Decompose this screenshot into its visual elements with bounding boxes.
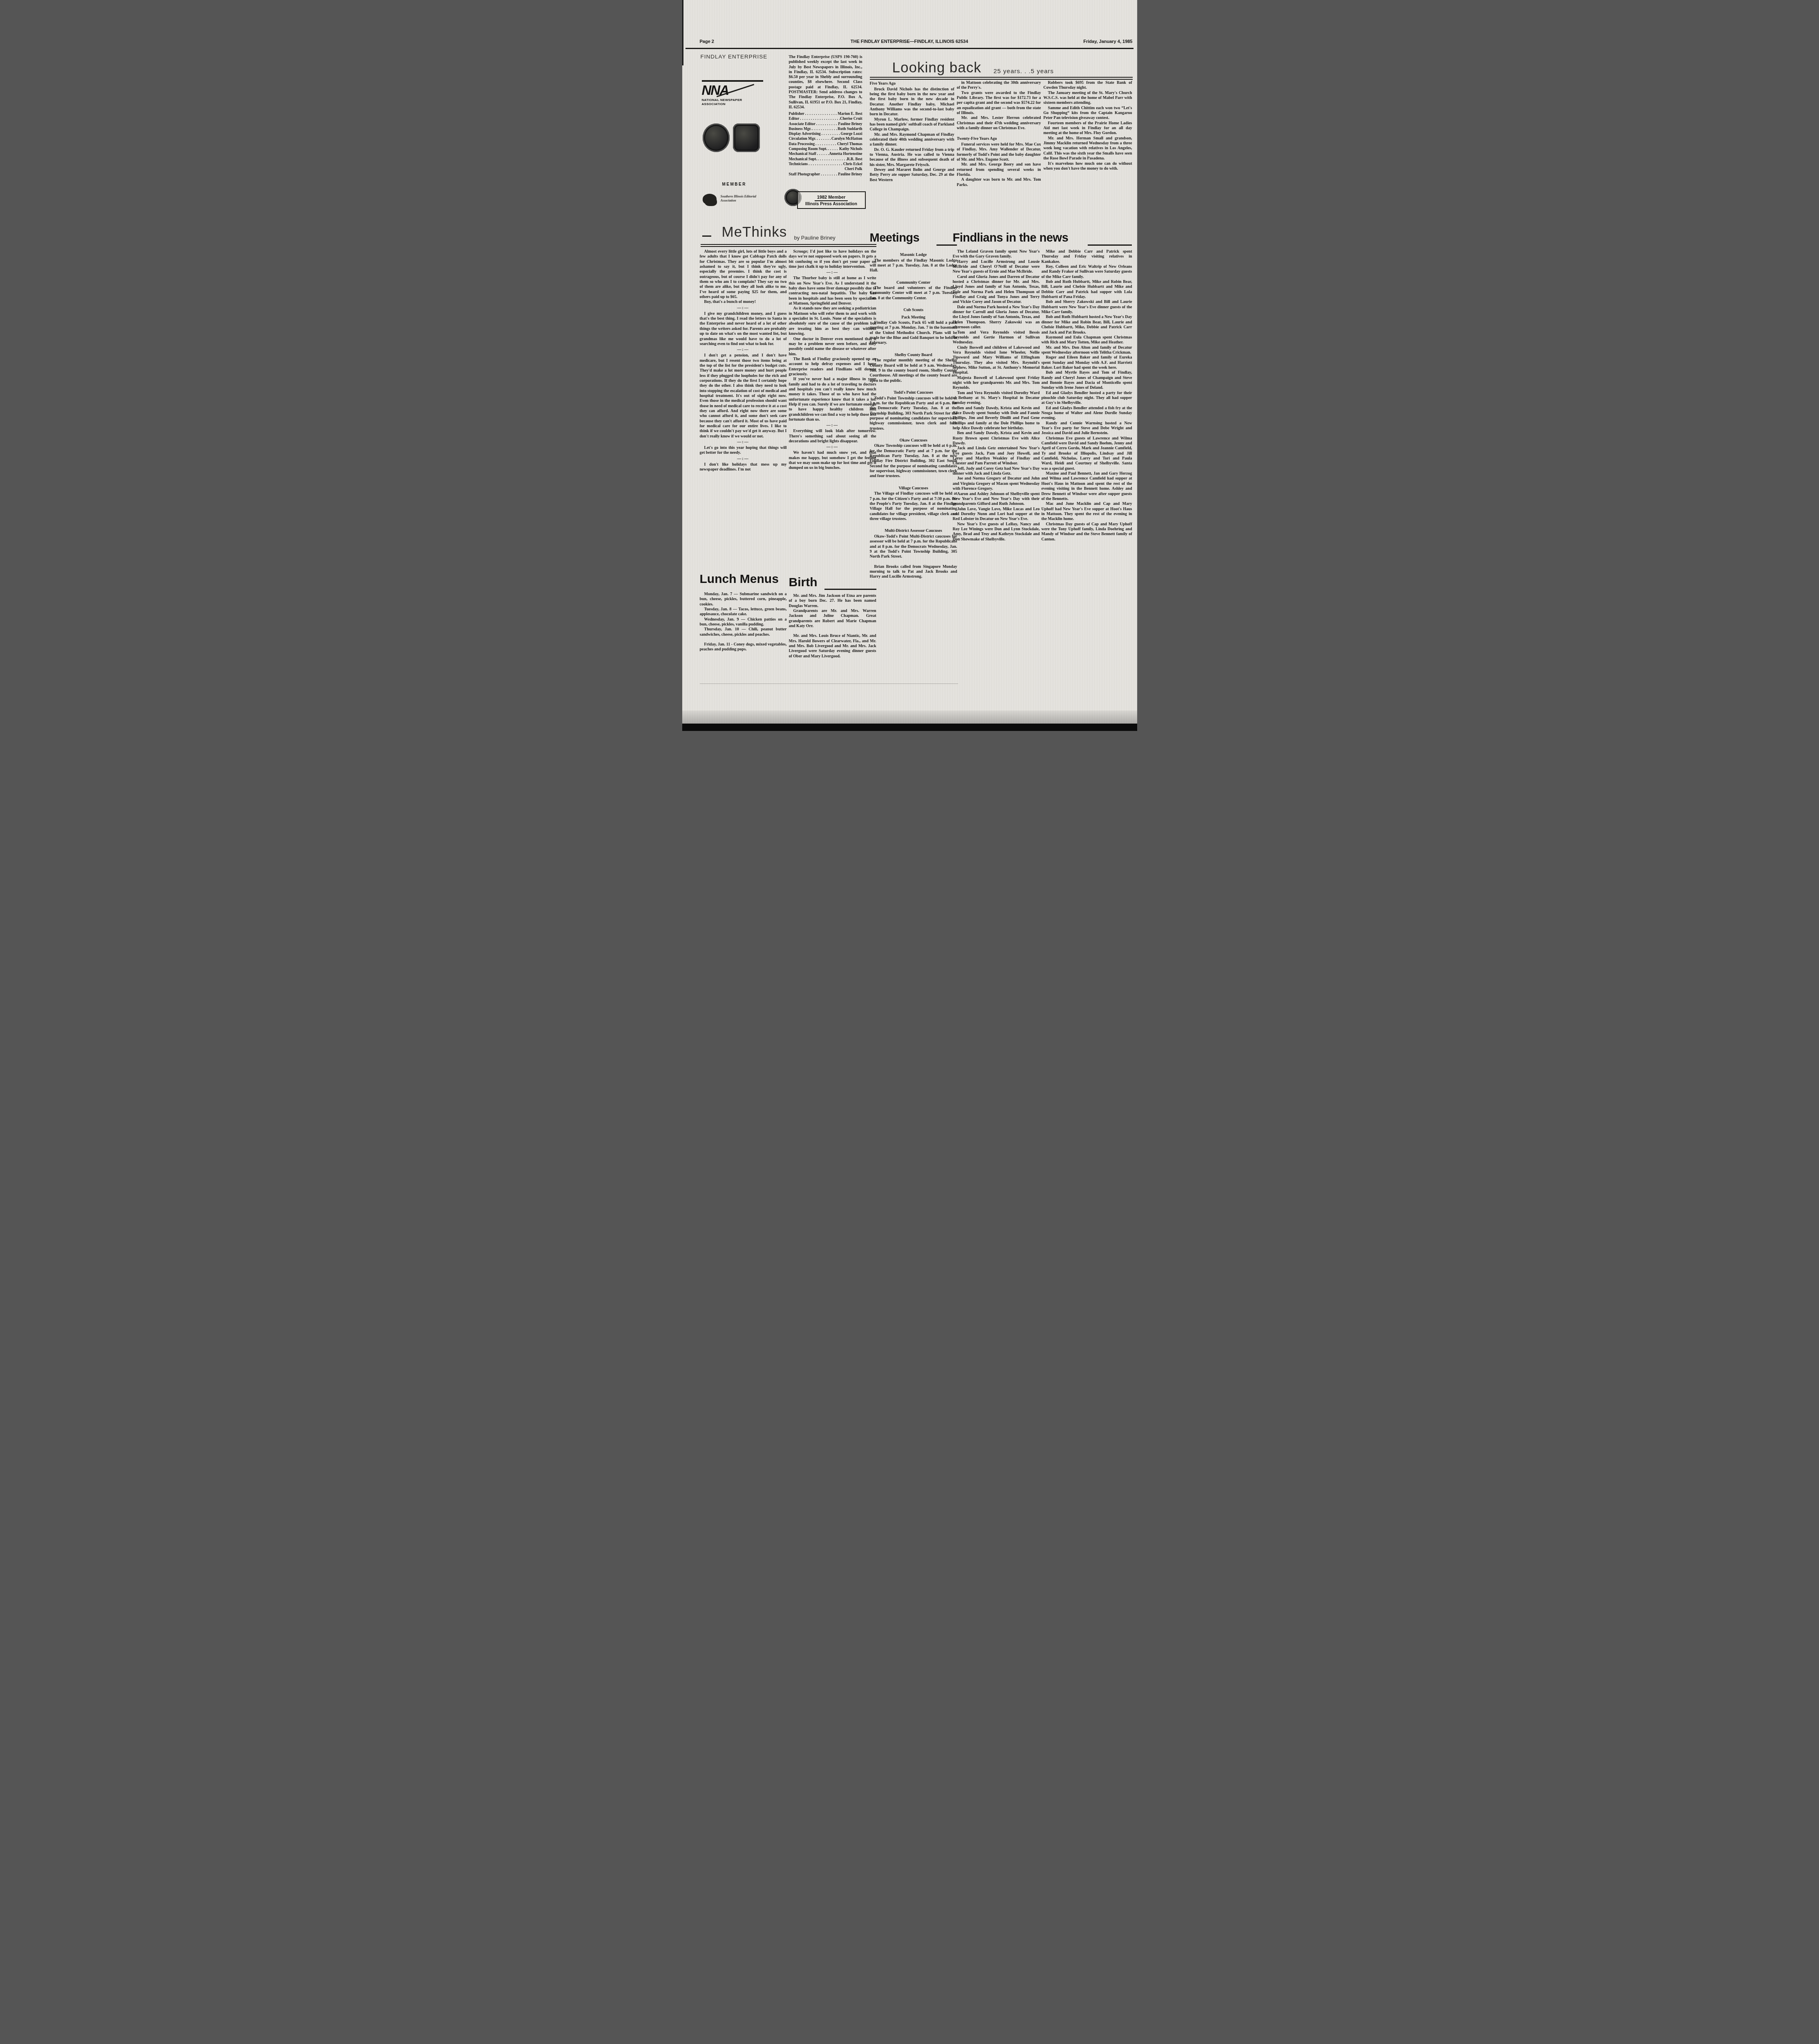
staff-name: Pauline Briney	[838, 122, 862, 127]
article-paragraph: Mr. and Mrs. Louis Bruce of Niantic, Mr.…	[789, 634, 876, 659]
article-paragraph: Ben and Sandy Dawdy, Krista and Kevin an…	[953, 431, 1040, 446]
article-paragraph: Joe and Norma Gregory of Decatur and Joh…	[953, 476, 1040, 491]
article-paragraph: Maxine and Paul Bennett, Jan and Gary He…	[1042, 471, 1132, 502]
nna-logo-bar	[702, 80, 763, 82]
staff-row: Editor..................................…	[789, 117, 862, 121]
article-paragraph: Mr. and Mrs. Herman Small and grandson, …	[1044, 136, 1132, 161]
staff-role: Data Processing	[789, 142, 815, 147]
article-paragraph: Okaw-Todd's Point Multi-District caucuse…	[870, 534, 957, 560]
article-paragraph: Todd's Point Township caucuses will be h…	[870, 396, 957, 431]
article-paragraph: Okaw Township caucuses will be held at 6…	[870, 444, 957, 479]
staff-role: Business Mgr.	[789, 127, 811, 132]
article-paragraph: Mr. and Mrs. Don Alton and family of Dec…	[1042, 345, 1132, 356]
paragraph-gap	[870, 431, 957, 436]
article-paragraph: Roy, Colleen and Eric Waltrip of New Orl…	[1042, 264, 1132, 280]
article-paragraph: Everything will look blah after tomorrow…	[789, 429, 876, 444]
staff-name: Kathy Nichols	[839, 147, 862, 152]
section-divider: —:—	[700, 306, 787, 311]
section-divider: —:—	[789, 423, 876, 428]
page-number: Page 2	[700, 39, 714, 44]
article-paragraph: We haven't had much snow yet, and that m…	[789, 450, 876, 471]
article-paragraph: Scrooge; I'd just like to have holidays …	[789, 249, 876, 269]
paragraph-gap	[870, 301, 957, 306]
article-paragraph: As it stands now they are seeking a pedi…	[789, 306, 876, 336]
dot-leader: ........................................	[827, 147, 839, 152]
staff-row: Circulation Mgr.........................…	[789, 137, 862, 141]
article-paragraph: Ed and Gladys Bendler hosted a party for…	[1042, 391, 1132, 406]
staff-role: Associate Editor	[789, 122, 815, 127]
article-paragraph: Christmas Day guests of Cap and Mary Uph…	[1042, 522, 1132, 542]
column-subhead: Shelby County Board	[870, 353, 957, 358]
article-paragraph: Boy, that's a bunch of money!	[700, 300, 787, 305]
staff-row: Associate Editor........................…	[789, 122, 862, 127]
article-paragraph: Bob and Myrtle Bayes and Tom of Findlay,…	[1042, 370, 1132, 390]
birth-title: Birth	[789, 576, 818, 589]
press-association-box: 1982 Member Illinois Press Association	[797, 191, 866, 209]
article-paragraph: Harry and Lucille Armstrong and Lousie M…	[953, 260, 1040, 275]
press-association-name: Illinois Press Association	[800, 202, 863, 206]
article-paragraph: Tom and Vera Reynolds visited Bessis Rey…	[953, 330, 1040, 345]
column-subhead: Cub Scouts	[870, 308, 957, 313]
nna-caption: NATIONAL NEWSPAPER ASSOCIATION	[702, 98, 750, 106]
article-paragraph: Almost every little girl, lots of little…	[700, 249, 787, 300]
lunch-menus-title: Lunch Menus	[700, 572, 779, 586]
page-title: THE FINDLAY ENTERPRISE—FINDLAY, ILLINOIS…	[797, 39, 1022, 44]
paragraph-gap	[870, 383, 957, 388]
staff-row: Composing Room Supt.....................…	[789, 147, 862, 152]
editorial-association-eagle-icon	[703, 194, 717, 204]
staff-role: Publisher	[789, 112, 804, 117]
article-paragraph: The Village of Findlay caucuses will be …	[870, 491, 957, 522]
staff-name: R.R. Best	[847, 157, 862, 162]
article-paragraph: Ed and Gladys Bendler attended a fish fr…	[1042, 406, 1132, 421]
article-paragraph: Mr. and Mrs. Lester Herron celebrated Ch…	[957, 116, 1041, 131]
dot-leader: ........................................	[816, 152, 829, 157]
staff-row: Cheri Polk	[789, 167, 862, 172]
article-paragraph: Dr. O. G. Kauder returned Friday from a …	[870, 148, 954, 168]
article-paragraph: The January meeting of the St. Mary's Ch…	[1044, 91, 1132, 106]
article-paragraph: Brock David Nichols has the distinction …	[870, 87, 954, 117]
staff-role: Staff Photographer	[789, 172, 820, 177]
staff-role: Composing Room Supt.	[789, 147, 827, 152]
article-paragraph: Brian Brooks called from Singapore Monda…	[870, 565, 957, 580]
meetings-column: Masonic LodgeThe members of the Findlay …	[870, 251, 957, 678]
article-paragraph: I don't like holidays that mess up my ne…	[700, 462, 787, 473]
staff-role: Mechanical Supt.	[789, 157, 817, 162]
methinks-rule	[701, 244, 876, 247]
article-paragraph: Carol and Gloria Jones and Darren of Dec…	[953, 275, 1040, 305]
staff-name: Chris Eckel	[843, 162, 862, 167]
dot-leader: ........................................	[816, 137, 831, 141]
section-divider: —:—	[789, 445, 876, 450]
birth-column: Mr. and Mrs. Jim Jackson of Etna are par…	[789, 594, 876, 684]
staff-row: Technicians.............................…	[789, 162, 862, 167]
staff-row: Publisher...............................…	[789, 112, 862, 117]
article-paragraph: Cindy Boswell and children of Lakewood a…	[953, 345, 1040, 376]
article-paragraph: Bob and Ruth Hubbartt, Mike and Robin Be…	[1042, 280, 1132, 300]
article-paragraph: Jeff, Judy and Corey Getz had New Year's…	[953, 466, 1040, 477]
meetings-title: Meetings	[870, 231, 920, 245]
article-paragraph: I give my grandchildren money, and I gue…	[700, 312, 787, 347]
article-paragraph: Funeral services were held for Mrs. Mae …	[957, 142, 1041, 162]
paragraph-gap	[870, 346, 957, 351]
section-divider: —:—	[700, 440, 787, 445]
findlians-title-rule	[1088, 244, 1132, 246]
header-rule	[685, 48, 1134, 49]
findlians-column-1: The Leland Graven family spent New Year'…	[953, 249, 1040, 720]
article-paragraph: Raymond and Eula Chapman spent Christmas…	[1042, 335, 1132, 345]
staff-row: Business Mgr............................…	[789, 127, 862, 132]
methinks-title: MeThinks	[722, 224, 787, 240]
staff-row: Mechanical Supt.........................…	[789, 157, 862, 162]
staff-row: Staff Photographer......................…	[789, 172, 862, 177]
dot-leader: ........................................	[811, 127, 838, 132]
lunch-menus-column: Monday, Jan. 7 — Submarine sandwich on a…	[700, 592, 787, 686]
staff-name: George Lozzi	[841, 132, 862, 137]
article-paragraph: Ben and Sandy Dawdy, Krista and Kevin an…	[953, 406, 1040, 431]
page-date: Friday, January 4, 1985	[1034, 39, 1133, 44]
article-paragraph: Let's go into this year hoping that thin…	[700, 446, 787, 456]
article-paragraph: Fourteen members of the Prairie Home Lad…	[1044, 121, 1132, 136]
dot-leader: ........................................	[804, 112, 838, 117]
article-paragraph: Bob and Ruth Hubbartt hosted a New Year'…	[1042, 315, 1132, 335]
staff-row: Mechanical Staff........................…	[789, 152, 862, 157]
dot-leader: ........................................	[815, 122, 838, 127]
findlians-title: Findlians in the news	[953, 231, 1069, 245]
article-paragraph: It's marvelous how much one can do witho…	[1044, 161, 1132, 172]
article-paragraph: Grandparents are Mr. and Mrs. Warren Jac…	[789, 609, 876, 629]
staff-name: Pauline Briney	[838, 172, 862, 177]
article-paragraph: Thursday, Jan. 10 — Chili, peanut butter…	[700, 627, 787, 637]
article-paragraph: Randy and Connie Warnsing hosted a New Y…	[1042, 421, 1132, 436]
article-paragraph: The board and volunteers of the Findlay …	[870, 286, 957, 301]
staff-role: Editor	[789, 117, 800, 121]
column-subhead: Twenty-Five Years Ago	[957, 137, 1041, 142]
dot-leader: ........................................	[821, 132, 841, 137]
article-paragraph: Mr. and Mrs. Raymond Chapman of Findlay …	[870, 132, 954, 148]
staff-name: Marion E. Best	[838, 112, 862, 117]
article-paragraph: Mr. and Mrs. George Beery and son have r…	[957, 162, 1041, 177]
dot-leader: ........................................	[808, 162, 843, 167]
paragraph-gap	[957, 131, 1041, 136]
article-paragraph: John Love, Vangie Love, Mike Lucas and L…	[953, 507, 1040, 522]
article-paragraph: Samme and Edith Chittim each won two “Le…	[1044, 106, 1132, 121]
scan-bottom-shadow	[682, 710, 1137, 724]
column-subhead: Todd's Point Caucuses	[870, 390, 957, 396]
article-paragraph: New Year's Eve guests of LeRoy, Nancy an…	[953, 522, 1040, 542]
article-paragraph: Robbers took $695 from the State Bank of…	[1044, 81, 1132, 91]
article-paragraph: Christmas Eve guests of Lawrence and Wil…	[1042, 436, 1132, 471]
article-paragraph: Mr. and Mrs. Jim Jackson of Etna are par…	[789, 594, 876, 609]
association-seal-left-icon	[703, 123, 730, 152]
staff-row: Data Processing.........................…	[789, 142, 862, 147]
paragraph-gap	[789, 629, 876, 634]
association-seal-right-icon	[733, 123, 760, 152]
methinks-dash-icon	[702, 235, 711, 237]
paragraph-gap	[870, 273, 957, 278]
article-paragraph: in Mattoon celebrating the 30th annivers…	[957, 81, 1041, 91]
column-subhead: Okaw Caucuses	[870, 438, 957, 444]
methinks-byline: by Pauline Briney	[794, 235, 836, 241]
article-paragraph: Findlay Cub Scouts, Pack 65 will hold a …	[870, 320, 957, 346]
column-subhead: Community Center	[870, 280, 957, 286]
newspaper-page: Page 2 THE FINDLAY ENTERPRISE—FINDLAY, I…	[682, 0, 1137, 731]
staff-role: Circulation Mgr.	[789, 137, 816, 141]
nna-abbr: NNA	[702, 83, 729, 98]
masthead-staff-list: Publisher...............................…	[789, 112, 862, 177]
article-paragraph: Bob and Sherry Zakowski and Bill and Lau…	[1042, 300, 1132, 315]
staff-role: Technicians	[789, 162, 808, 167]
article-paragraph: Tuesday, Jan. 8 — Tacos, lettuce, green …	[700, 607, 787, 617]
birth-title-rule	[824, 589, 876, 590]
article-paragraph: The regular monthly meeting of the Shelb…	[870, 358, 957, 383]
article-paragraph: Myron L. Marlow, former Findlay resident…	[870, 117, 954, 132]
column-subhead: Village Caucuses	[870, 486, 957, 491]
paragraph-gap	[870, 522, 957, 527]
article-paragraph: Dewey and Mararet Bolin and George and B…	[870, 168, 954, 183]
scan-bottom-bar	[682, 724, 1137, 731]
editorial-association-caption: Southern Illinois Editorial Association	[721, 195, 772, 202]
looking-back-column-1: Five Years AgoBrock David Nichols has th…	[870, 81, 954, 225]
looking-back-title: Looking back	[892, 60, 981, 76]
column-subhead: Five Years Ago	[870, 81, 954, 87]
paper-name: FINDLAY ENTERPRISE	[701, 54, 768, 60]
article-paragraph: The members of the Findlay Masonic Lodge…	[870, 258, 957, 273]
looking-back-rule	[870, 77, 1133, 80]
staff-name: Carolyn McHatton	[831, 137, 862, 141]
paragraph-gap	[870, 560, 957, 565]
nna-logo-letters: NNA	[702, 83, 764, 98]
staff-name: Cheri Polk	[845, 167, 862, 172]
nna-logo: NNA NATIONAL NEWSPAPER ASSOCIATION	[702, 80, 764, 106]
findlians-column-2: Mike and Debbie Carr and Patrick spent T…	[1042, 249, 1132, 720]
masthead-about: The Findlay Enterprise (USPS 190-760) is…	[789, 55, 862, 110]
article-paragraph: Aaron and Ashley Johnson of Shelbyville …	[953, 492, 1040, 507]
section-divider: —:—	[700, 347, 787, 352]
looking-back-subtitle: 25 years. . .5 years	[994, 68, 1054, 75]
staff-name: Cheryl Thomas	[837, 142, 862, 147]
press-member-year: 1982 Member	[815, 195, 848, 201]
dot-leader: ........................................	[799, 117, 840, 121]
bottom-content-rule	[700, 684, 958, 684]
staff-name: Annetta Hortenstine	[829, 152, 862, 157]
staff-name: Ruth Suddarth	[838, 127, 862, 132]
article-paragraph: Jack and Linda Getz entertained New Year…	[953, 446, 1040, 466]
column-subhead: Pack Meeting	[870, 315, 957, 320]
article-paragraph: Mike and Debbie Carr and Patrick spent T…	[1042, 249, 1132, 264]
dot-leader: ........................................	[817, 157, 847, 162]
looking-back-column-2: in Mattoon celebrating the 30th annivers…	[957, 81, 1041, 225]
paragraph-gap	[700, 637, 787, 642]
article-paragraph: Roger and Eileen Baker and family of Eur…	[1042, 355, 1132, 370]
article-paragraph: I don't get a pension, and I don't have …	[700, 353, 787, 439]
article-paragraph: Friday, Jan. 11 - Coney dogs, mixed vege…	[700, 642, 787, 652]
article-paragraph: Majesta Boswell of Lakewood spent Friday…	[953, 376, 1040, 391]
scan-left-edge	[682, 0, 683, 65]
article-paragraph: Wednesday, Jan. 9 — Chicken patties on a…	[700, 617, 787, 628]
article-paragraph: Mac and June Macklin and Cap and Mary Up…	[1042, 502, 1132, 522]
article-paragraph: One doctor in Denver even mentioned that…	[789, 337, 876, 357]
article-paragraph: The Bank of Findlay graciously opened up…	[789, 357, 876, 377]
article-paragraph: Dale and Norma Park hosted a New Year's …	[953, 305, 1040, 330]
staff-name: Cherise Cruit	[840, 117, 862, 121]
article-paragraph: If you've never had a major illness in y…	[789, 377, 876, 422]
dot-leader: ........................................	[815, 142, 837, 147]
methinks-column-2: Scrooge; I'd just like to have holidays …	[789, 249, 876, 564]
section-divider: —:—	[700, 457, 787, 462]
dot-leader: ........................................	[820, 172, 838, 177]
article-paragraph: Two grants were awarded to the Findlay P…	[957, 91, 1041, 116]
article-paragraph: A daughter was born to Mr. and Mrs. Tom …	[957, 177, 1041, 188]
article-paragraph: The Thurber baby is still at home as I w…	[789, 276, 876, 306]
member-label: MEMBER	[722, 182, 746, 187]
looking-back-column-3: Robbers took $695 from the State Bank of…	[1044, 81, 1132, 225]
staff-row: Display Advertising.....................…	[789, 132, 862, 137]
article-paragraph: Tom and Vera Reynolds visited Dorothy Wa…	[953, 391, 1040, 406]
section-divider: —:—	[789, 270, 876, 275]
article-paragraph: The Leland Graven family spent New Year'…	[953, 249, 1040, 260]
column-subhead: Multi-District Assessor Caucuses	[870, 529, 957, 534]
staff-role: Display Advertising	[789, 132, 821, 137]
methinks-column-1: Almost every little girl, lots of little…	[700, 249, 787, 568]
article-paragraph: Monday, Jan. 7 — Submarine sandwich on a…	[700, 592, 787, 607]
paragraph-gap	[870, 479, 957, 484]
column-subhead: Masonic Lodge	[870, 253, 957, 258]
staff-role: Mechanical Staff	[789, 152, 816, 157]
